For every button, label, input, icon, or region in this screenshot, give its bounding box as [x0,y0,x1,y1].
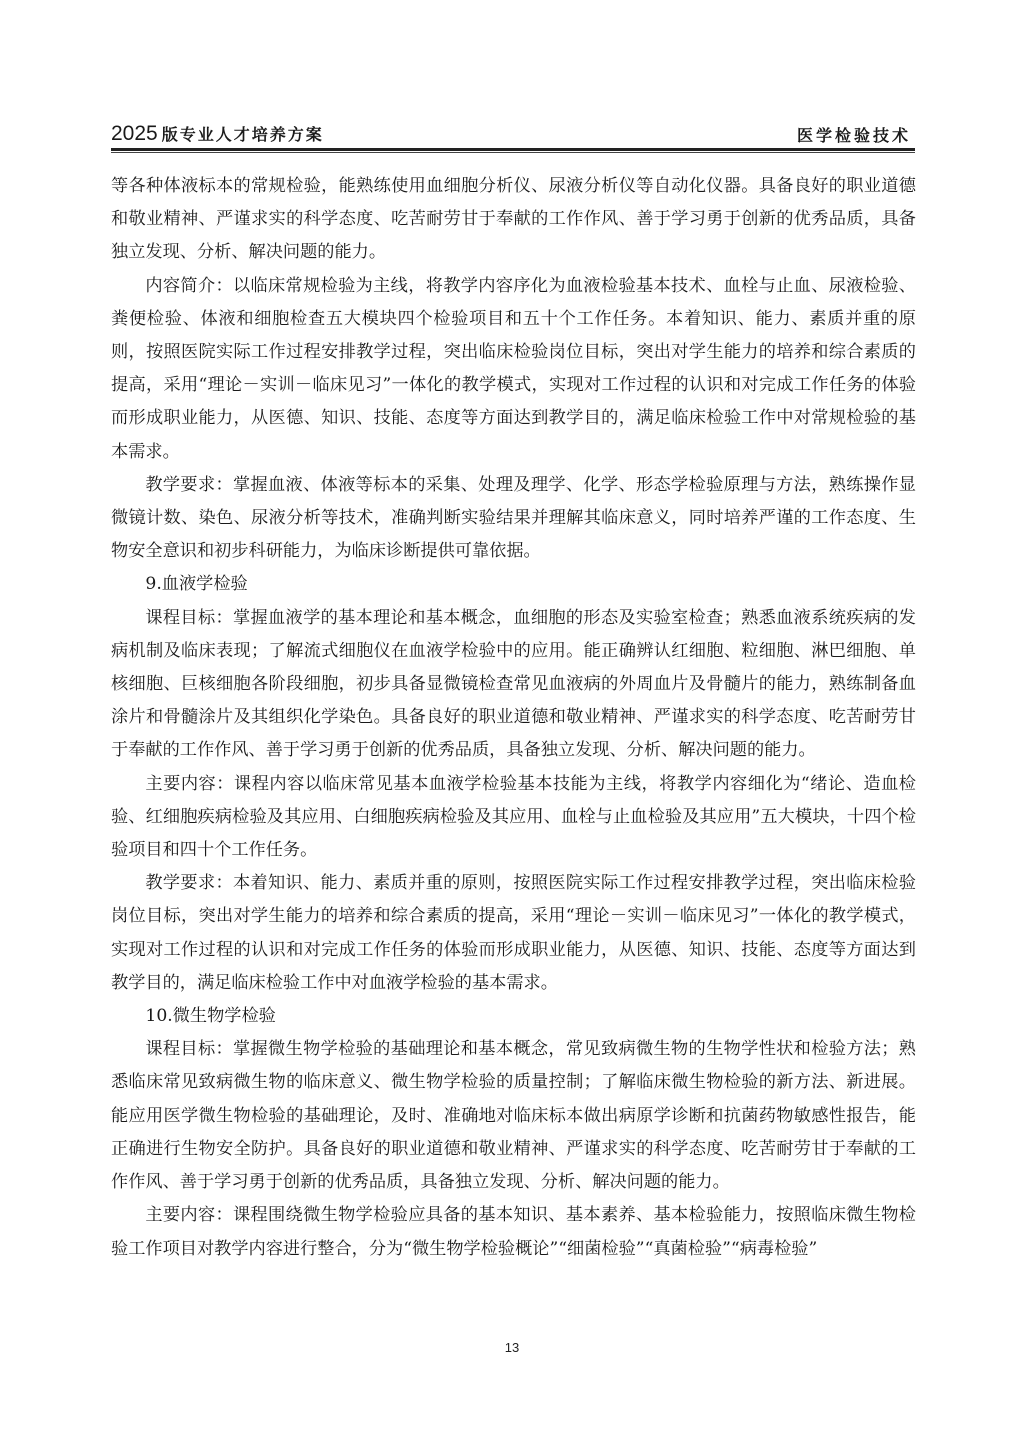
document-page: 2025版专业人才培养方案 医学检验技术 等各种体液标本的常规检验，能熟练使用血… [0,0,1024,1448]
paragraph-content-intro: 内容简介：以临床常规检验为主线，将教学内容序化为血液检验基本技术、血栓与止血、尿… [111,270,916,469]
section-heading-hematology: 9.血液学检验 [111,568,916,601]
paragraph-hematology-objectives: 课程目标：掌握血液学的基本理论和基本概念，血细胞的形态及实验室检查；熟悉血液系统… [111,602,916,768]
section-heading-microbiology: 10.微生物学检验 [111,1000,916,1033]
paragraph-continuation: 等各种体液标本的常规检验，能熟练使用血细胞分析仪、尿液分析仪等自动化仪器。具备良… [111,170,916,270]
paragraph-hematology-content: 主要内容：课程内容以临床常见基本血液学检验基本技能为主线，将教学内容细化为“绪论… [111,768,916,868]
header-rule-thick [111,148,915,151]
paragraph-microbiology-content: 主要内容：课程围绕微生物学检验应具备的基本知识、基本素养、基本检验能力，按照临床… [111,1199,916,1265]
paragraph-microbiology-objectives: 课程目标：掌握微生物学检验的基础理论和基本概念，常见致病微生物的生物学性状和检验… [111,1033,916,1199]
running-header: 2025版专业人才培养方案 医学检验技术 [111,124,915,148]
header-title: 版专业人才培养方案 [162,125,324,144]
header-rule-thin [111,152,915,153]
body-text: 等各种体液标本的常规检验，能熟练使用血细胞分析仪、尿液分析仪等自动化仪器。具备良… [111,170,916,1266]
header-major: 医学检验技术 [797,123,911,146]
paragraph-teaching-requirements: 教学要求：掌握血液、体液等标本的采集、处理及理学、化学、形态学检验原理与方法，熟… [111,469,916,569]
paragraph-hematology-requirements: 教学要求：本着知识、能力、素质并重的原则，按照医院实际工作过程安排教学过程，突出… [111,867,916,1000]
page-number: 13 [0,1340,1024,1355]
header-document-title: 2025版专业人才培养方案 [111,121,324,146]
header-year: 2025 [111,122,158,145]
